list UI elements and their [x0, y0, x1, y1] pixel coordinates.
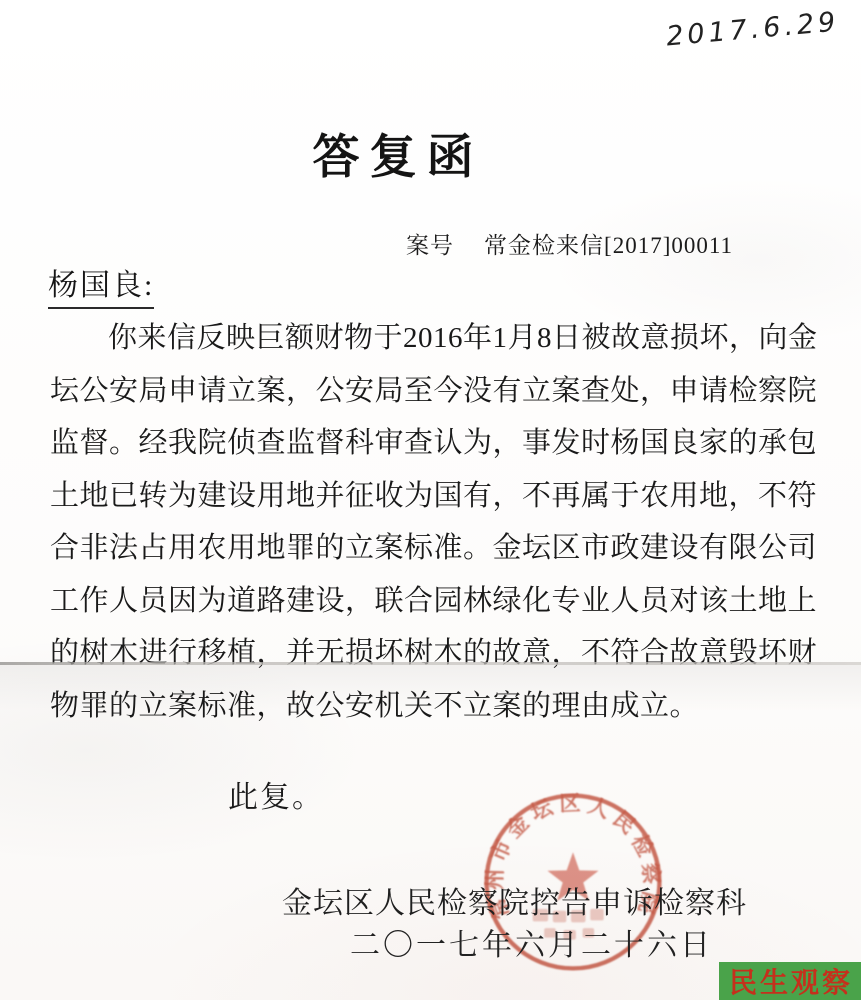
- handwritten-date-note: 2017.6.29: [665, 7, 840, 53]
- issuing-department: 金坛区人民检察院控告申诉检察科: [282, 878, 747, 922]
- letter-date: 二〇一七年六月二十六日: [350, 920, 713, 964]
- paper-fold-shadow: [0, 665, 861, 711]
- body-line: 工作人员因为道路建设，联合园林绿化专业人员对该土地上: [50, 575, 747, 628]
- closing-phrase: 此复。: [228, 772, 324, 816]
- scanned-letter-page: 2017.6.29 答复函 案号常金检来信[2017]00011 杨国良: 你来…: [0, 0, 861, 1000]
- watermark-text: 民生观察: [729, 961, 853, 1000]
- case-number-label: 案号: [406, 233, 454, 258]
- letter-title: 答复函: [50, 120, 746, 187]
- recipient-name: 杨国良:: [48, 260, 154, 309]
- body-line: 你来信反映巨额财物于2016年1月8日被故意损坏，向金: [50, 312, 747, 365]
- body-line: 监督。经我院侦查监督科审查认为，事发时杨国良家的承包: [50, 417, 747, 470]
- body-line: 坛公安局申请立案，公安局至今没有立案查处，申请检察院: [50, 365, 747, 418]
- body-line: 土地已转为建设用地并征收为国有，不再属于农用地，不符: [50, 470, 747, 523]
- case-number-value: 常金检来信[2017]00011: [484, 233, 733, 258]
- body-line: 合非法占用农用地罪的立案标准。金坛区市政建设有限公司: [50, 522, 747, 575]
- watermark-badge: 民生观察: [719, 962, 861, 1000]
- case-number-line: 案号常金检来信[2017]00011: [406, 227, 733, 260]
